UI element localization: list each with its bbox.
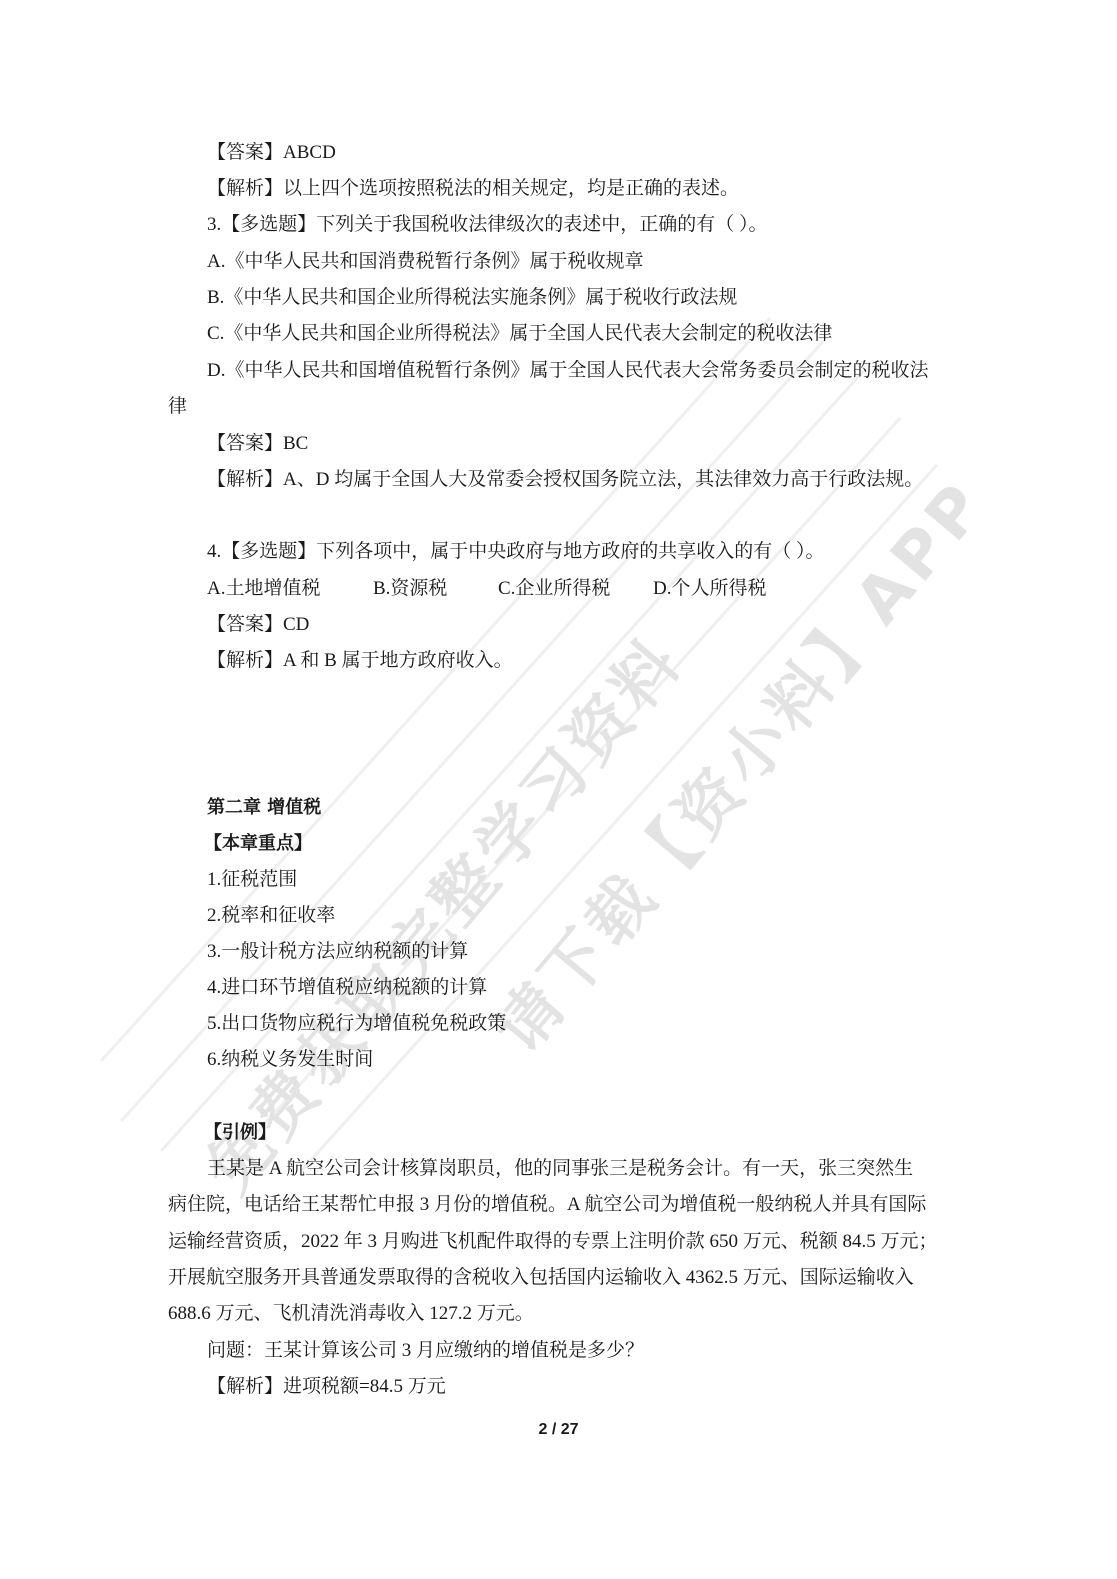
q4-answer: 【答案】CD xyxy=(207,613,983,637)
q4-option-c: C.企业所得税 xyxy=(498,577,653,601)
q3-option-d: D.《中华人民共和国增值税暂行条例》属于全国人民代表大会常务委员会制定的税收法 xyxy=(207,359,983,383)
example-analysis: 【解析】进项税额=84.5 万元 xyxy=(207,1375,983,1399)
chapter-title: 第二章 增值税 xyxy=(207,796,983,820)
key-points-heading: 【本章重点】 xyxy=(204,832,980,856)
example-question: 问题：王某计算该公司 3 月应缴纳的增值税是多少？ xyxy=(207,1339,983,1363)
example-line-1: 王某是 A 航空公司会计核算岗职员，他的同事张三是税务会计。有一天，张三突然生 xyxy=(207,1157,983,1181)
key-point-6: 6.纳税义务发生时间 xyxy=(207,1048,983,1072)
q3-option-b: B.《中华人民共和国企业所得税法实施条例》属于税收行政法规 xyxy=(207,286,983,310)
q3-option-c: C.《中华人民共和国企业所得税法》属于全国人民代表大会制定的税收法律 xyxy=(207,322,983,346)
key-point-2: 2.税率和征收率 xyxy=(207,904,983,928)
example-line-5: 688.6 万元、飞机清洗消毒收入 127.2 万元。 xyxy=(168,1302,944,1326)
q3-stem: 3.【多选题】下列关于我国税收法律级次的表述中，正确的有（ ）。 xyxy=(207,213,983,237)
document-page: 免费获取完整学习资料 请下载【资小料】APP 【答案】ABCD 【解析】以上四个… xyxy=(0,0,1117,1579)
q3-analysis: 【解析】A、D 均属于全国人大及常委会授权国务院立法，其法律效力高于行政法规。 xyxy=(207,468,983,492)
q2-analysis: 【解析】以上四个选项按照税法的相关规定，均是正确的表述。 xyxy=(207,177,983,201)
q4-stem: 4.【多选题】下列各项中，属于中央政府与地方政府的共享收入的有（ ）。 xyxy=(207,540,983,564)
q4-analysis: 【解析】A 和 B 属于地方政府收入。 xyxy=(207,649,983,673)
q4-option-d: D.个人所得税 xyxy=(653,577,766,601)
example-line-2: 病住院，电话给王某帮忙申报 3 月份的增值税。A 航空公司为增值税一般纳税人并具… xyxy=(168,1193,944,1217)
example-line-4: 开展航空服务开具普通发票取得的含税收入包括国内运输收入 4362.5 万元、国际… xyxy=(168,1266,944,1290)
example-heading: 【引例】 xyxy=(204,1121,980,1145)
key-point-1: 1.征税范围 xyxy=(207,868,983,892)
page-content: 【答案】ABCD 【解析】以上四个选项按照税法的相关规定，均是正确的表述。 3.… xyxy=(0,0,1117,1579)
page-number: 2 / 27 xyxy=(0,1421,1117,1439)
q4-option-a: A.土地增值税 xyxy=(207,577,373,601)
key-point-3: 3.一般计税方法应纳税额的计算 xyxy=(207,940,983,964)
q3-answer: 【答案】BC xyxy=(207,432,983,456)
key-point-5: 5.出口货物应税行为增值税免税政策 xyxy=(207,1012,983,1036)
q4-option-b: B.资源税 xyxy=(373,577,498,601)
q4-options: A.土地增值税B.资源税C.企业所得税D.个人所得税 xyxy=(207,577,983,601)
example-line-3: 运输经营资质，2022 年 3 月购进飞机配件取得的专票上注明价款 650 万元… xyxy=(168,1230,944,1254)
key-point-4: 4.进口环节增值税应纳税额的计算 xyxy=(207,976,983,1000)
q3-option-d-wrap: 律 xyxy=(168,395,944,419)
q3-option-a: A.《中华人民共和国消费税暂行条例》属于税收规章 xyxy=(207,250,983,274)
q2-answer: 【答案】ABCD xyxy=(207,141,983,165)
